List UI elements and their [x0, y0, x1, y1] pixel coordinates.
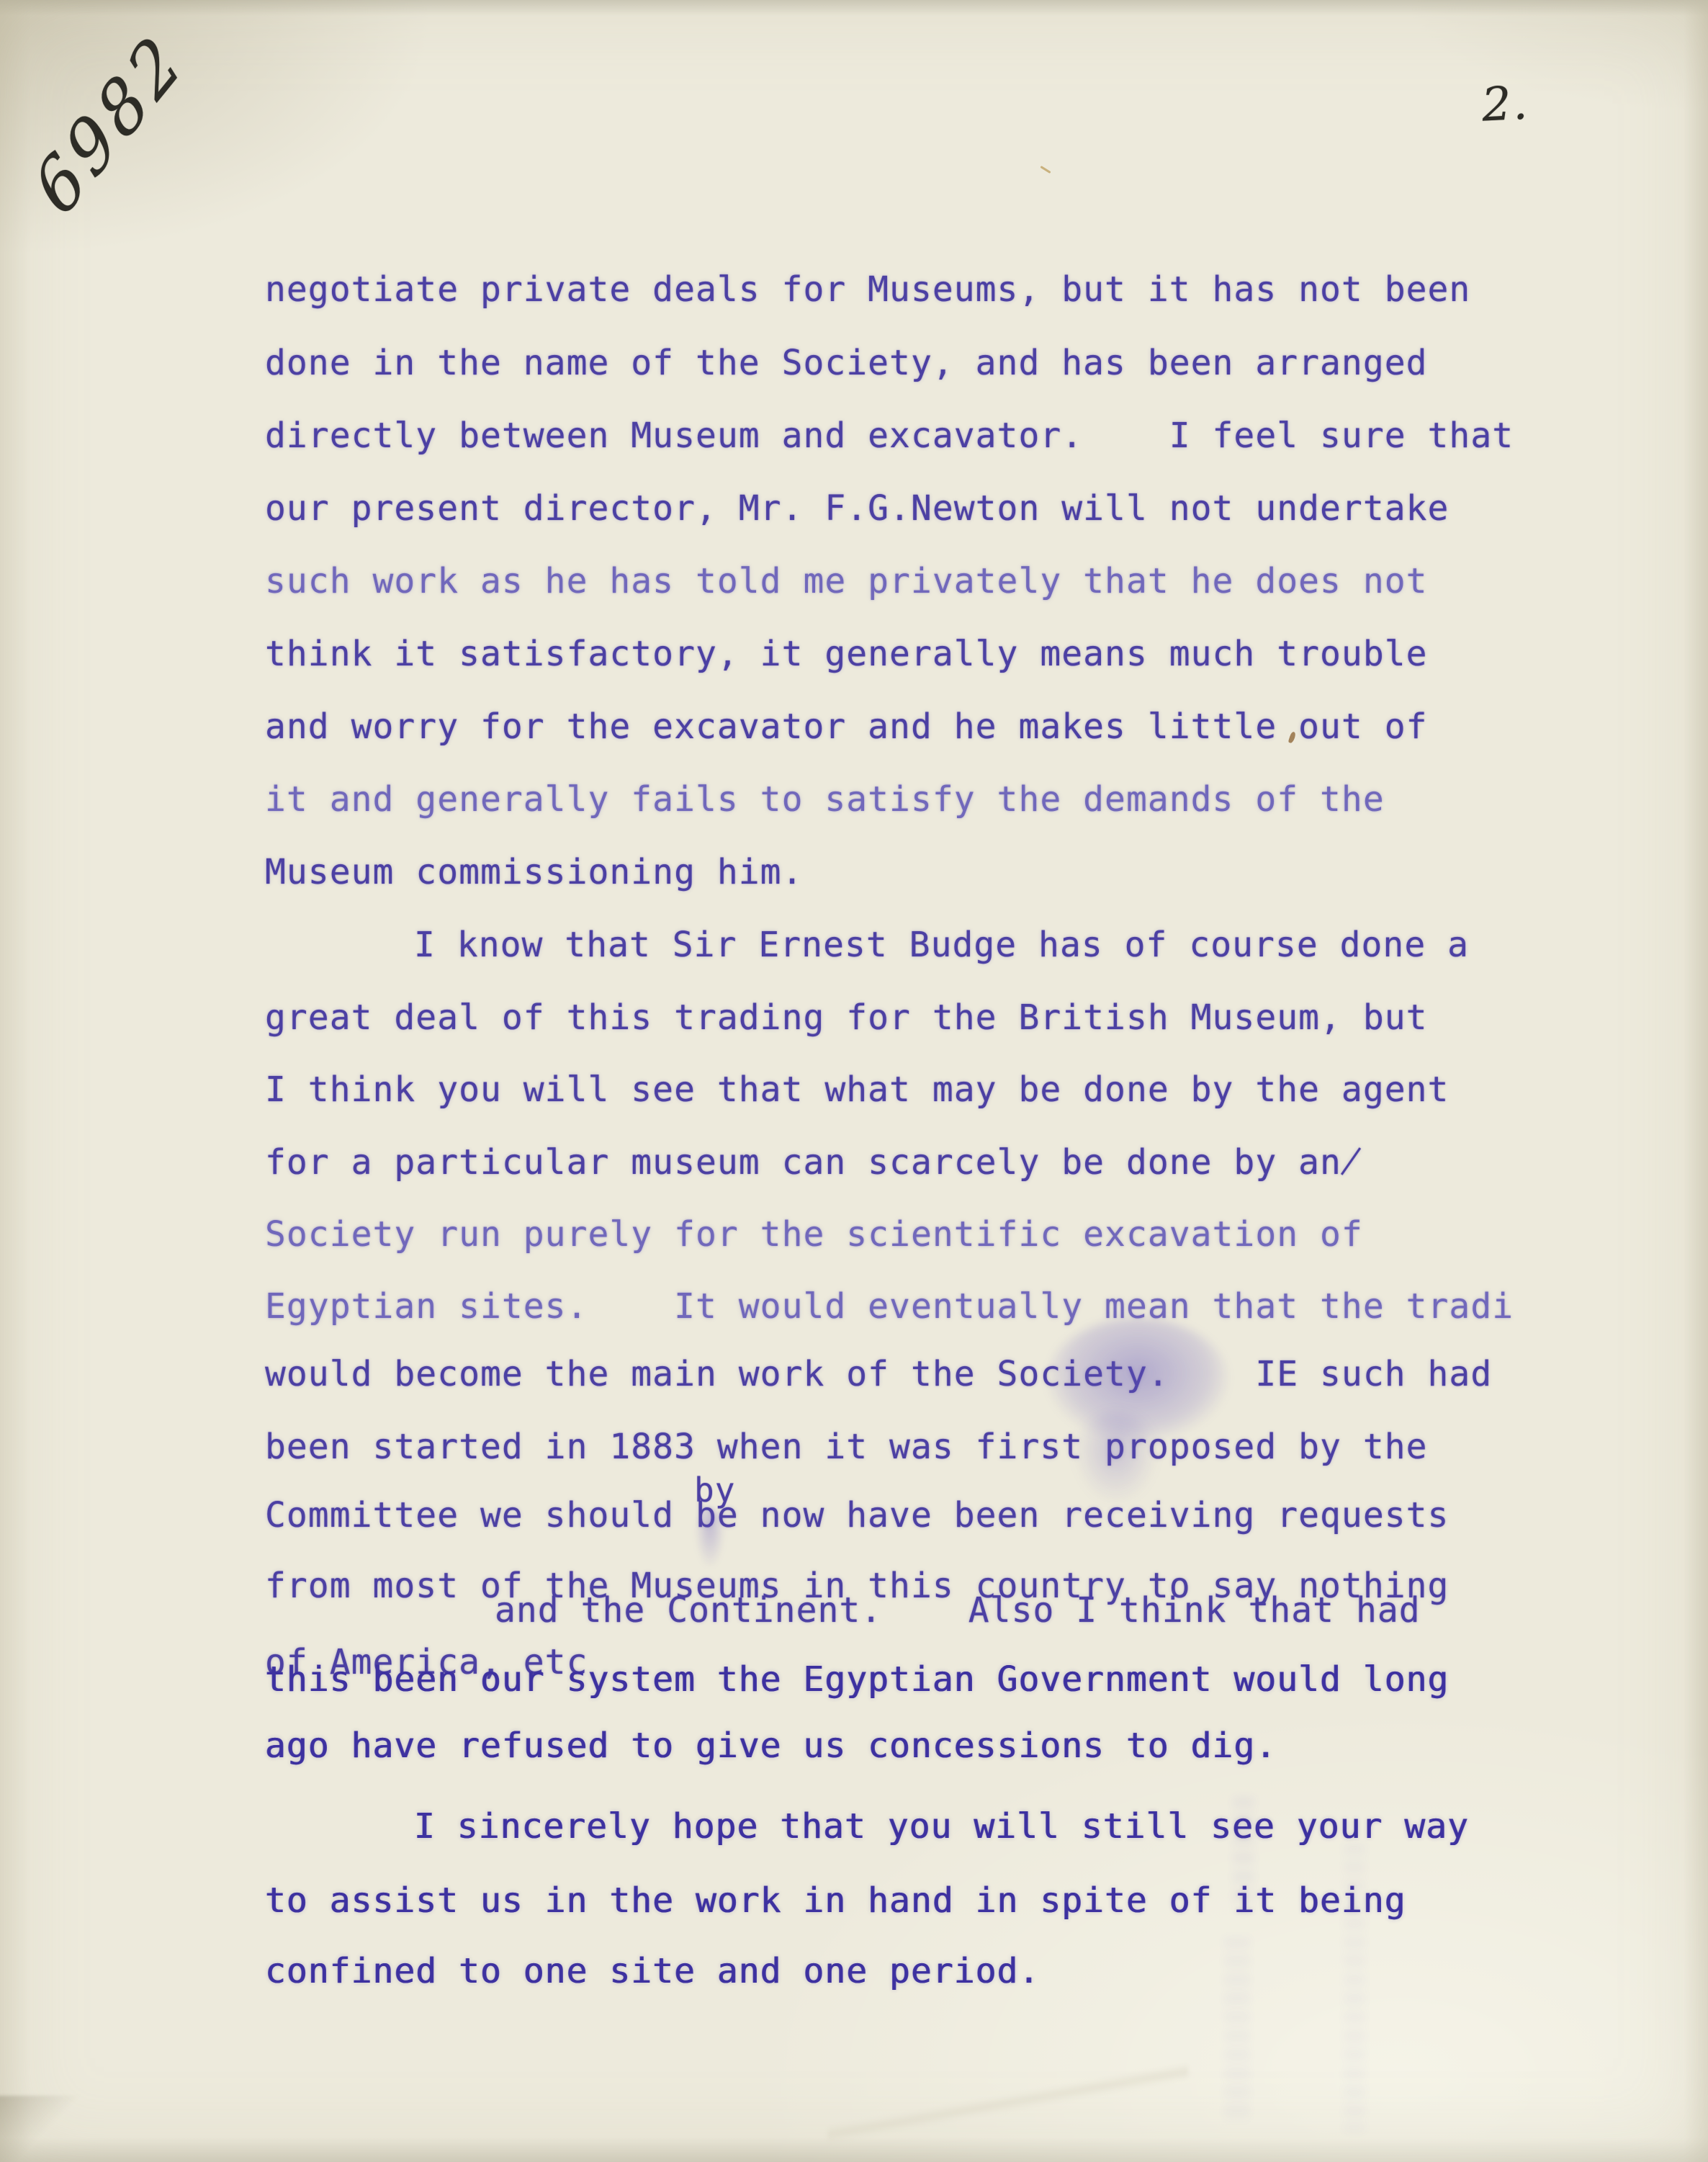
typed-line: Egyptian sites. It would eventually mean… [265, 1289, 1514, 1324]
paper-crease [0, 2096, 81, 2162]
letter-page: 6982 2. negotiate private deals for Muse… [0, 0, 1708, 2162]
paper-crease [828, 2053, 1188, 2153]
typed-line: been started in 1883 when it was first p… [265, 1430, 1428, 1464]
typed-line: would become the main work of the Societ… [265, 1357, 1492, 1391]
ink-smudge [696, 1509, 724, 1566]
typed-line: great deal of this trading for the Briti… [265, 1000, 1428, 1035]
typed-line: confined to one site and one period. [265, 1954, 1040, 1988]
typed-line: done in the name of the Society, and has… [265, 346, 1428, 380]
typed-line paragraph-indent: I sincerely hope that you will still see… [414, 1809, 1469, 1844]
typed-correction-by: by [694, 1471, 735, 1510]
handwritten-page-number: 2. [1480, 76, 1530, 132]
typed-line: ago have refused to give us concessions … [265, 1728, 1277, 1763]
typed-line paragraph-indent: I know that Sir Ernest Budge has of cour… [414, 928, 1469, 962]
typed-line: our present director, Mr. F.G.Newton wil… [265, 491, 1449, 526]
paper-speck [1040, 166, 1051, 174]
typed-line: for a particular museum can scarcely be … [265, 1145, 1362, 1180]
typed-line: such work as he has told me privately th… [265, 564, 1428, 598]
bleed-through-mark [1344, 1844, 1365, 2132]
handwritten-archive-number: 6982 [19, 17, 199, 230]
bleed-through-mark [1224, 1937, 1250, 2125]
typed-line: Museum commissioning him. [265, 855, 803, 889]
typed-line: Society run purely for the scientific ex… [265, 1217, 1363, 1252]
typed-line: Committee we should be now have been rec… [265, 1498, 1449, 1533]
ink-smudge [1073, 1412, 1159, 1505]
typed-line: and worry for the excavator and he makes… [265, 709, 1428, 744]
typed-line: think it satisfactory, it generally mean… [265, 637, 1428, 671]
typed-line: I think you will see that what may be do… [265, 1072, 1449, 1107]
typed-line: negotiate private deals for Museums, but… [265, 272, 1470, 307]
typed-line: it and generally fails to satisfy the de… [265, 782, 1385, 817]
typed-line overlapping-line: and the Continent. Also I think that had [495, 1593, 1421, 1628]
typed-line: directly between Museum and excavator. I… [265, 418, 1514, 453]
bleed-through-mark [1233, 1797, 1254, 1912]
typed-line overlapping-line: this been our system the Egyptian Govern… [265, 1662, 1449, 1697]
